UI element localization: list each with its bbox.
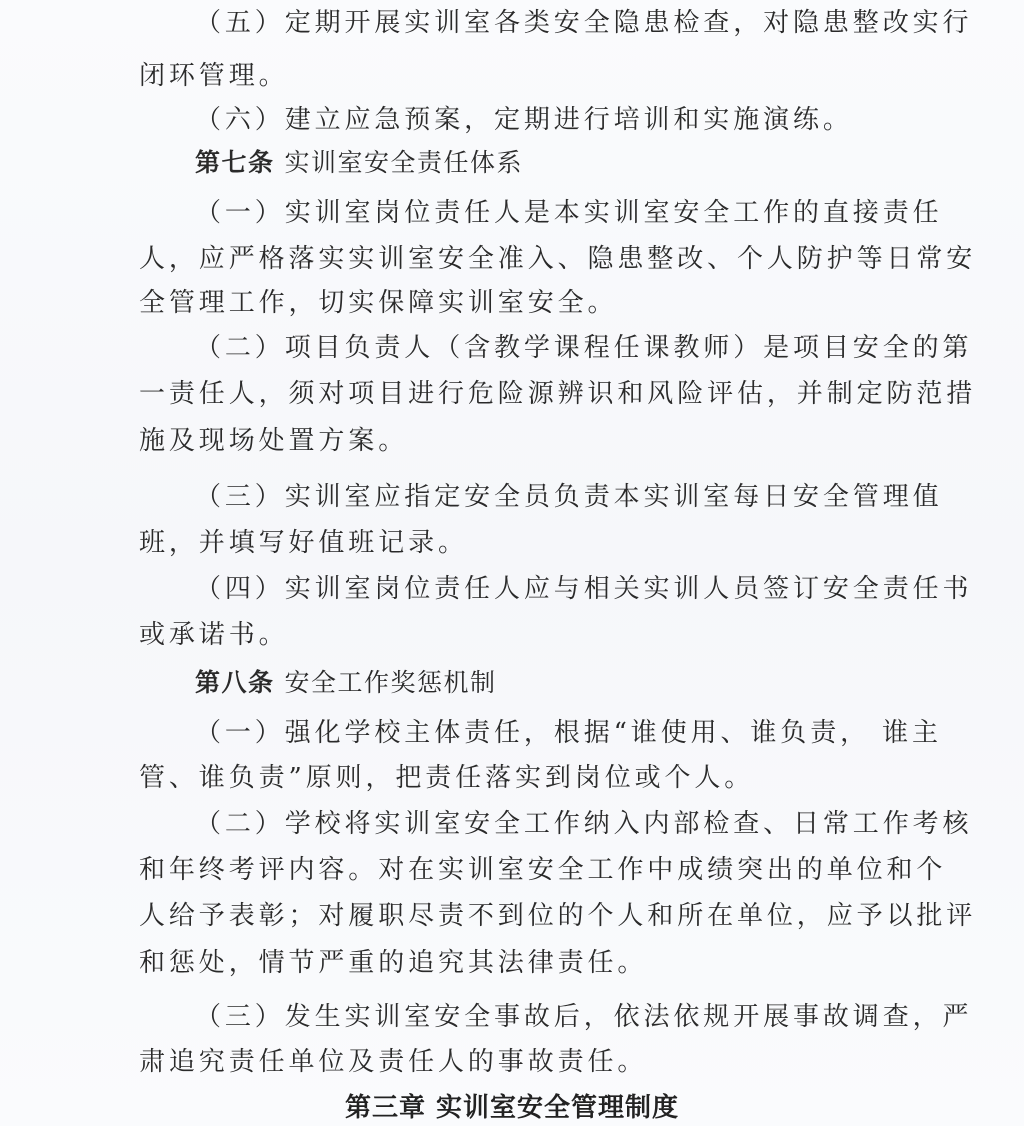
art7-item-3-line-1: （三）实训室应指定安全员负责本实训室每日安全管理值: [195, 477, 905, 517]
article-8-title: 安全工作奖惩机制: [285, 668, 497, 697]
art7-item-1-line-1: （一）实训室岗位责任人是本实训室安全工作的直接责任: [195, 193, 905, 233]
art8-item-1-line-1: （一）强化学校主体责任，根据“谁使用、谁负责， 谁主: [195, 713, 905, 753]
art7-item-4-line-1: （四）实训室岗位责任人应与相关实训人员签订安全责任书: [195, 569, 905, 609]
article-8-label: 第八条: [195, 668, 275, 697]
art8-item-3-line-1: （三）发生实训室安全事故后，依法依规开展事故调查，严: [195, 997, 905, 1037]
article-7-label: 第七条: [195, 148, 275, 177]
article-7-heading: 第七条实训室安全责任体系: [195, 143, 905, 183]
article-8-heading: 第八条安全工作奖惩机制: [195, 663, 905, 703]
document-page: （五）定期开展实训室各类安全隐患检查，对隐患整改实行 闭环管理。 （六）建立应急…: [0, 0, 1024, 1126]
art8-item-2-line-1: （二）学校将实训室安全工作纳入内部检查、日常工作考核: [195, 804, 905, 844]
art7-item-2-line-3: 施及现场处置方案。: [139, 421, 905, 461]
art8-item-2-line-4: 和惩处，情节严重的追究其法律责任。: [139, 943, 905, 983]
art7-item-1-line-2: 人，应严格落实实训室安全准入、隐患整改、个人防护等日常安: [139, 239, 905, 279]
art8-item-2-line-3: 人给予表彰；对履职尽责不到位的个人和所在单位，应予以批评: [139, 896, 905, 936]
art8-item-3-line-2: 肃追究责任单位及责任人的事故责任。: [139, 1042, 905, 1082]
art8-item-1-line-2: 管、谁负责”原则，把责任落实到岗位或个人。: [139, 758, 905, 798]
item-6-line-1: （六）建立应急预案，定期进行培训和实施演练。: [195, 100, 905, 140]
art7-item-4-line-2: 或承诺书。: [139, 615, 905, 655]
art8-item-2-line-2: 和年终考评内容。对在实训室安全工作中成绩突出的单位和个: [139, 850, 905, 890]
art7-item-2-line-1: （二）项目负责人（含教学课程任课教师）是项目安全的第: [195, 328, 905, 368]
art7-item-1-line-3: 全管理工作，切实保障实训室安全。: [139, 283, 905, 323]
art7-item-3-line-2: 班，并填写好值班记录。: [139, 523, 905, 563]
item-5-line-2: 闭环管理。: [139, 56, 905, 96]
art7-item-2-line-2: 一责任人，须对项目进行危险源辨识和风险评估，并制定防范措: [139, 374, 905, 414]
chapter-3-heading: 第三章 实训室安全管理制度: [0, 1088, 1024, 1126]
article-7-title: 实训室安全责任体系: [285, 148, 524, 177]
item-5-line-1: （五）定期开展实训室各类安全隐患检查，对隐患整改实行: [195, 3, 905, 43]
